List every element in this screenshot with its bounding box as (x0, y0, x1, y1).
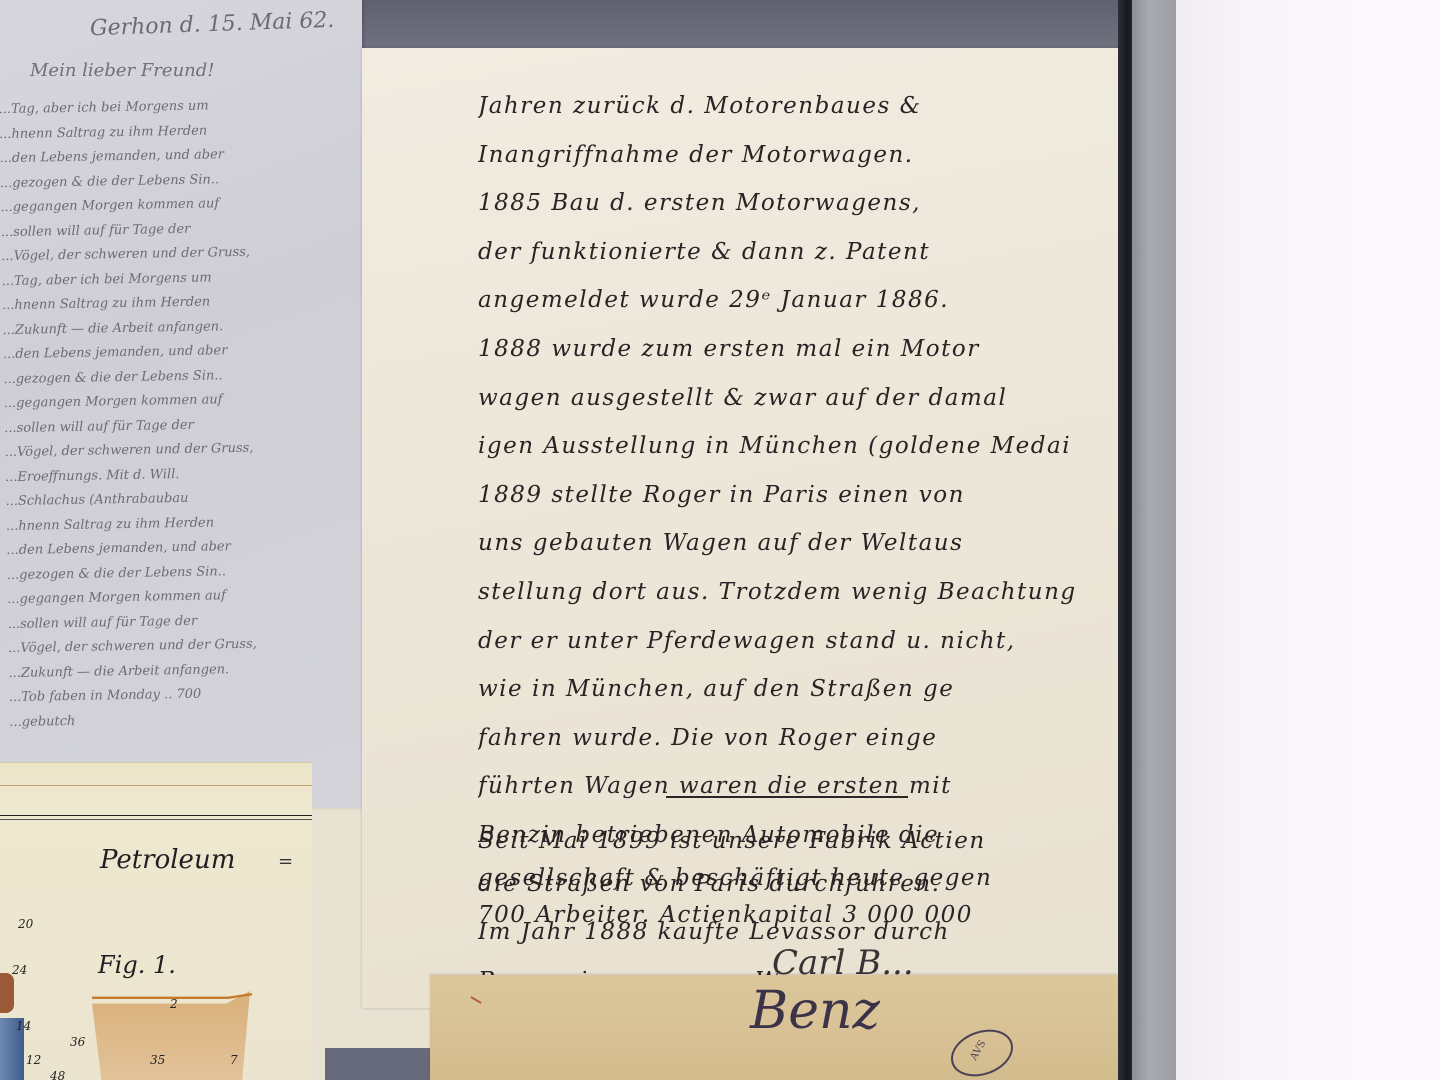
part-number: 20 (18, 917, 33, 931)
part-number: 48 (50, 1069, 65, 1080)
letter-line: fahren wurde. Die von Roger einge (478, 714, 1108, 763)
part-number: 36 (70, 1035, 85, 1049)
main-letter-closing: Seit Mai 1899 ist unsere Fabrik Actien g… (478, 823, 1108, 934)
letter-line: 1889 stellte Roger in Paris einen von (478, 471, 1108, 520)
mat-board-bottom (325, 1048, 435, 1080)
letter-line: 1885 Bau d. ersten Motorwagens, (478, 179, 1108, 228)
letter-line: Inangriffnahme der Motorwagen. (478, 131, 1108, 180)
letter-line: 1888 wurde zum ersten mal ein Motor (478, 325, 1108, 374)
letter-line: der er unter Pferdewagen stand u. nicht, (478, 617, 1108, 666)
letter-greeting: Mein lieber Freund! (30, 60, 215, 81)
letter-line: gesellschaft & beschäftigt heute gegen (478, 860, 1108, 897)
letter-line: der funktionierte & dann z. Patent (478, 228, 1108, 277)
letter-line: igen Ausstellung in München (goldene Med… (478, 422, 1108, 471)
patent-drawing: Petroleum = Fig. 1. 20 24 14 12 48 36 35… (0, 762, 312, 1080)
letter-dateline: Gerhon d. 15. Mai 62. (90, 8, 335, 42)
left-letter: Gerhon d. 15. Mai 62. Mein lieber Freund… (0, 0, 362, 808)
part-number: 2 (170, 997, 178, 1011)
figure-label: Fig. 1. (98, 951, 176, 979)
mat-board-top (360, 0, 1120, 48)
part-number: 12 (26, 1053, 41, 1067)
main-letter: Jahren zurück d. Motorenbaues & Inangrif… (362, 48, 1122, 1008)
envelope: Benz AVS (430, 975, 1118, 1080)
part-number: 14 (16, 1019, 31, 1033)
display-frame (1132, 0, 1176, 1080)
letter-line: stellung dort aus. Trotzdem wenig Beacht… (478, 568, 1108, 617)
letter-line: Seit Mai 1899 ist unsere Fabrik Actien (478, 823, 1108, 860)
letter-line: 700 Arbeiter. Actienkapital 3 000 000 (478, 897, 1108, 934)
underline-rule (666, 796, 908, 798)
part-number: 24 (12, 963, 27, 977)
double-rule (0, 815, 312, 820)
letter-line: wagen ausgestellt & zwar auf der damal (478, 374, 1108, 423)
engine-drawing-top (0, 973, 14, 1013)
letter-line: führten Wagen waren die ersten mit (478, 762, 1108, 811)
part-number: 35 (150, 1053, 165, 1067)
patent-title-suffix: = (278, 851, 293, 872)
letter-line: angemeldet wurde 29ᵉ Januar 1886. (478, 276, 1108, 325)
letter-line: wie in München, auf den Straßen ge (478, 665, 1108, 714)
benz-signature: Benz (750, 981, 880, 1041)
letter-body: ...Tag, aber ich bei Morgens um ...hnenn… (0, 92, 362, 735)
patent-title: Petroleum (100, 845, 235, 875)
letter-line: uns gebauten Wagen auf der Weltaus (478, 519, 1108, 568)
paper-edge (0, 785, 312, 786)
letter-line: Jahren zurück d. Motorenbaues & (478, 82, 1108, 131)
wall (1176, 0, 1440, 1080)
part-number: 7 (230, 1053, 238, 1067)
ink-mark (470, 996, 481, 1004)
